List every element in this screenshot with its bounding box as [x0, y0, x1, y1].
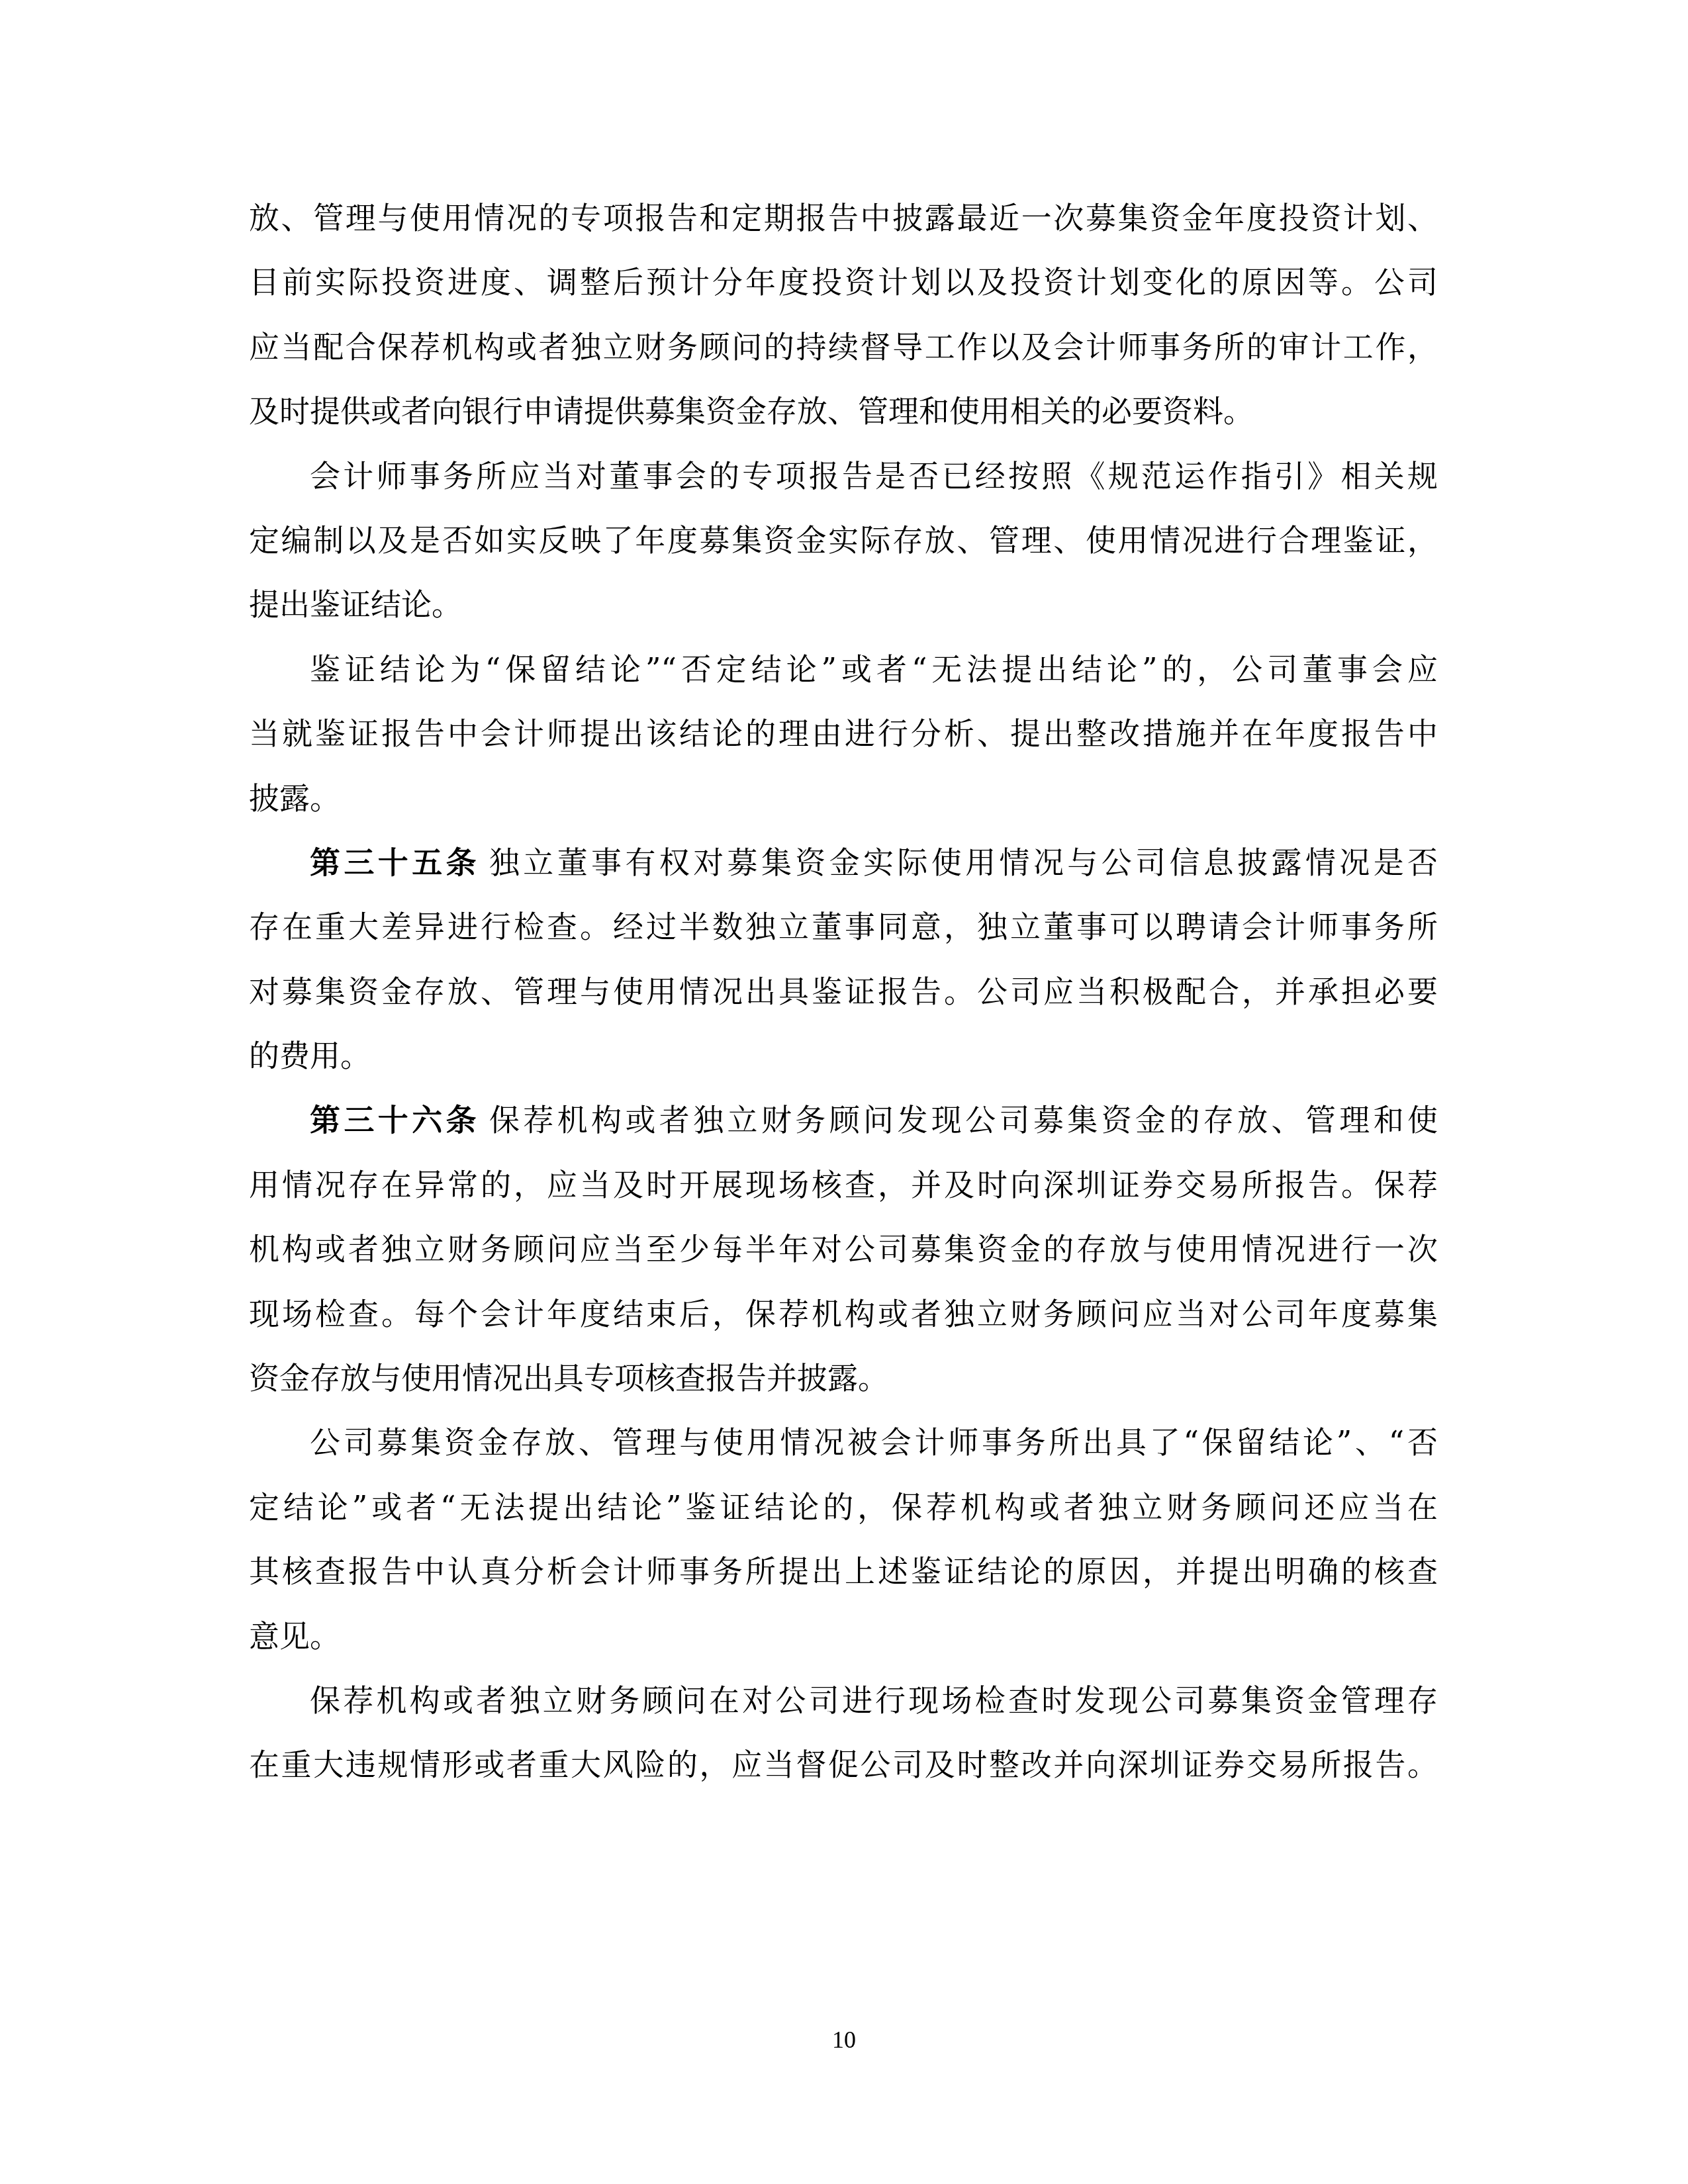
- text-line: 机构或者独立财务顾问应当至少每半年对公司募集资金的存放与使用情况进行一次: [249, 1217, 1438, 1281]
- text-line: 定结论”或者“无法提出结论”鉴证结论的，保荐机构或者独立财务顾问还应当在: [249, 1475, 1438, 1539]
- article-35: 第三十五条独立董事有权对募集资金实际使用情况与公司信息披露情况是否 存在重大差异…: [249, 831, 1438, 1089]
- article-heading: 第三十六条: [310, 1102, 480, 1138]
- article-text: 独立董事有权对募集资金实际使用情况与公司信息披露情况是否: [489, 844, 1438, 880]
- text-line: 鉴证结论为“保留结论”“否定结论”或者“无法提出结论”的，公司董事会应: [249, 637, 1438, 702]
- paragraph-sponsor-analysis: 公司募集资金存放、管理与使用情况被会计师事务所出具了“保留结论”、“否 定结论”…: [249, 1410, 1438, 1668]
- text-line: 目前实际投资进度、调整后预计分年度投资计划以及投资计划变化的原因等。公司: [249, 250, 1438, 314]
- paragraph-accountant-verification: 会计师事务所应当对董事会的专项报告是否已经按照《规范运作指引》相关规 定编制以及…: [249, 444, 1438, 637]
- paragraph-sponsor-onsite-inspection: 保荐机构或者独立财务顾问在对公司进行现场检查时发现公司募集资金管理存 在重大违规…: [249, 1668, 1438, 1797]
- text-line: 的费用。: [249, 1024, 1438, 1088]
- text-line: 其核查报告中认真分析会计师事务所提出上述鉴证结论的原因，并提出明确的核查: [249, 1539, 1438, 1604]
- text-line: 对募集资金存放、管理与使用情况出具鉴证报告。公司应当积极配合，并承担必要: [249, 960, 1438, 1024]
- text-line: 意见。: [249, 1604, 1438, 1668]
- article-heading: 第三十五条: [310, 844, 480, 880]
- text-line: 提出鉴证结论。: [249, 572, 1438, 637]
- text-line: 第三十六条保荐机构或者独立财务顾问发现公司募集资金的存放、管理和使: [249, 1088, 1438, 1152]
- text-line: 应当配合保荐机构或者独立财务顾问的持续督导工作以及会计师事务所的审计工作，: [249, 315, 1438, 379]
- text-line: 存在重大差异进行检查。经过半数独立董事同意，独立董事可以聘请会计师事务所: [249, 895, 1438, 959]
- text-line: 当就鉴证报告中会计师提出该结论的理由进行分析、提出整改措施并在年度报告中: [249, 702, 1438, 766]
- text-line: 定编制以及是否如实反映了年度募集资金实际存放、管理、使用情况进行合理鉴证，: [249, 508, 1438, 572]
- text-line: 披露。: [249, 766, 1438, 831]
- article-36: 第三十六条保荐机构或者独立财务顾问发现公司募集资金的存放、管理和使 用情况存在异…: [249, 1088, 1438, 1410]
- text-line: 用情况存在异常的，应当及时开展现场核查，并及时向深圳证券交易所报告。保荐: [249, 1153, 1438, 1217]
- document-page: 放、管理与使用情况的专项报告和定期报告中披露最近一次募集资金年度投资计划、 目前…: [0, 0, 1688, 2184]
- text-line: 保荐机构或者独立财务顾问在对公司进行现场检查时发现公司募集资金管理存: [249, 1668, 1438, 1733]
- page-number: 10: [0, 2025, 1688, 2054]
- text-line: 及时提供或者向银行申请提供募集资金存放、管理和使用相关的必要资料。: [249, 379, 1438, 443]
- text-line: 公司募集资金存放、管理与使用情况被会计师事务所出具了“保留结论”、“否: [249, 1410, 1438, 1475]
- text-line: 会计师事务所应当对董事会的专项报告是否已经按照《规范运作指引》相关规: [249, 444, 1438, 508]
- article-text: 保荐机构或者独立财务顾问发现公司募集资金的存放、管理和使: [489, 1102, 1438, 1138]
- text-line: 现场检查。每个会计年度结束后，保荐机构或者独立财务顾问应当对公司年度募集: [249, 1282, 1438, 1346]
- text-line: 资金存放与使用情况出具专项核查报告并披露。: [249, 1346, 1438, 1410]
- paragraph-verification-conclusion: 鉴证结论为“保留结论”“否定结论”或者“无法提出结论”的，公司董事会应 当就鉴证…: [249, 637, 1438, 831]
- text-line: 在重大违规情形或者重大风险的，应当督促公司及时整改并向深圳证券交易所报告。: [249, 1733, 1438, 1797]
- text-line: 第三十五条独立董事有权对募集资金实际使用情况与公司信息披露情况是否: [249, 831, 1438, 895]
- document-body: 放、管理与使用情况的专项报告和定期报告中披露最近一次募集资金年度投资计划、 目前…: [249, 186, 1438, 1797]
- text-line: 放、管理与使用情况的专项报告和定期报告中披露最近一次募集资金年度投资计划、: [249, 186, 1438, 250]
- paragraph-continuation: 放、管理与使用情况的专项报告和定期报告中披露最近一次募集资金年度投资计划、 目前…: [249, 186, 1438, 444]
